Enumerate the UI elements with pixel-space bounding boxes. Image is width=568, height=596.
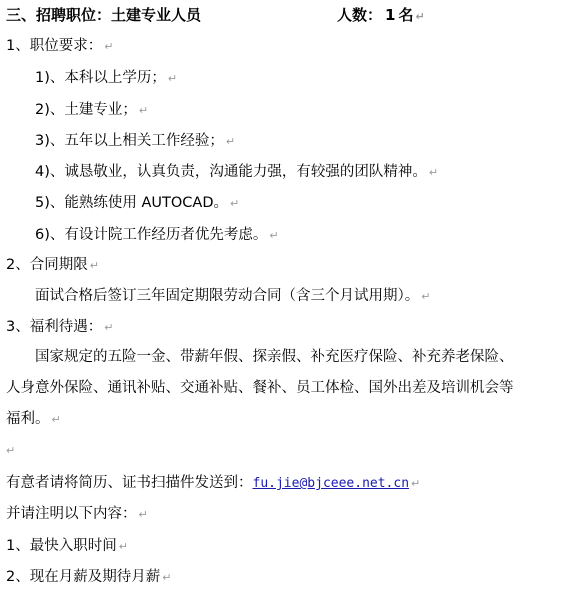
paragraph-mark-icon: ↵ xyxy=(162,571,171,584)
contact-item-text: 1、最快入职时间 xyxy=(6,538,117,554)
paragraph-mark-icon: ↵ xyxy=(104,321,113,334)
requirement-text: 1)、本科以上学历； xyxy=(35,70,166,86)
contract-text: 面试合格后签订三年固定期限劳动合同（含三个月试用期）。↵ xyxy=(35,286,430,307)
paragraph-mark-icon: ↵ xyxy=(139,104,148,117)
contact-line: 有意者请将简历、证书扫描件发送到：fu.jie@bjceee.net.cn↵ xyxy=(6,473,420,494)
requirement-item: 6)、有设计院工作经历者优先考虑。↵ xyxy=(35,225,279,246)
benefits-line: 人身意外保险、通讯补贴、交通补贴、餐补、员工体检、国外出差及培训机会等 xyxy=(6,378,514,398)
paragraph-mark-icon: ↵ xyxy=(226,135,235,148)
requirement-item: 5)、能熟练使用 AUTOCAD。↵ xyxy=(35,193,239,214)
paragraph-mark-icon: ↵ xyxy=(411,477,420,490)
job-title-line: 三、招聘职位：土建专业人员 人数：1名↵ xyxy=(6,5,201,25)
requirement-text: 2)、土建专业； xyxy=(35,102,137,118)
paragraph-mark-icon: ↵ xyxy=(52,413,61,426)
contact-item-text: 2、现在月薪及期待月薪 xyxy=(6,569,160,585)
requirement-item: 1)、本科以上学历；↵ xyxy=(35,68,177,89)
benefits-heading-text: 3、福利待遇： xyxy=(6,319,102,335)
headcount-label: 人数： xyxy=(337,6,382,24)
empty-paragraph: ↵ xyxy=(6,440,15,461)
headcount-value: 1 xyxy=(385,6,395,24)
paragraph-mark-icon: ↵ xyxy=(139,508,148,521)
contact-note-text: 并请注明以下内容： xyxy=(6,506,137,522)
paragraph-mark-icon: ↵ xyxy=(429,166,438,179)
benefits-heading: 3、福利待遇：↵ xyxy=(6,317,113,338)
paragraph-mark-icon: ↵ xyxy=(421,290,430,303)
contract-heading-text: 2、合同期限 xyxy=(6,257,88,273)
requirement-item: 4)、诚恳敬业，认真负责，沟通能力强，有较强的团队精神。↵ xyxy=(35,162,438,183)
contact-item: 1、最快入职时间↵ xyxy=(6,536,128,557)
benefits-text: 人身意外保险、通讯补贴、交通补贴、餐补、员工体检、国外出差及培训机会等 xyxy=(6,380,514,396)
paragraph-mark-icon: ↵ xyxy=(230,197,239,210)
paragraph-mark-icon: ↵ xyxy=(90,259,99,272)
paragraph-mark-icon: ↵ xyxy=(269,229,278,242)
requirements-heading-text: 1、职位要求： xyxy=(6,38,102,54)
requirements-heading: 1、职位要求：↵ xyxy=(6,36,113,57)
headcount-unit: 名 xyxy=(398,6,413,24)
requirement-text: 5)、能熟练使用 AUTOCAD。 xyxy=(35,195,228,211)
paragraph-mark-icon: ↵ xyxy=(104,40,113,53)
benefits-line: 福利。↵ xyxy=(6,409,61,430)
headcount: 人数：1名↵ xyxy=(337,5,425,27)
paragraph-mark-icon: ↵ xyxy=(168,72,177,85)
paragraph-mark-icon: ↵ xyxy=(119,540,128,553)
benefits-text: 福利。 xyxy=(6,411,50,427)
requirement-text: 3)、五年以上相关工作经验； xyxy=(35,133,224,149)
benefits-line: 国家规定的五险一金、带薪年假、探亲假、补充医疗保险、补充养老保险、 xyxy=(35,347,514,367)
contact-note: 并请注明以下内容：↵ xyxy=(6,504,148,525)
benefits-text: 国家规定的五险一金、带薪年假、探亲假、补充医疗保险、补充养老保险、 xyxy=(35,349,514,365)
requirement-item: 3)、五年以上相关工作经验；↵ xyxy=(35,131,235,152)
requirement-text: 6)、有设计院工作经历者优先考虑。 xyxy=(35,227,267,243)
job-title: 三、招聘职位：土建专业人员 xyxy=(6,6,201,24)
contract-body: 面试合格后签订三年固定期限劳动合同（含三个月试用期）。 xyxy=(35,288,419,304)
contact-intro: 有意者请将简历、证书扫描件发送到： xyxy=(6,475,253,491)
paragraph-mark-icon: ↵ xyxy=(415,10,424,23)
paragraph-mark-icon: ↵ xyxy=(6,444,15,457)
requirement-item: 2)、土建专业；↵ xyxy=(35,100,148,121)
requirement-text: 4)、诚恳敬业，认真负责，沟通能力强，有较强的团队精神。 xyxy=(35,164,427,180)
contact-item: 2、现在月薪及期待月薪↵ xyxy=(6,567,171,588)
contract-heading: 2、合同期限↵ xyxy=(6,255,99,276)
email-link[interactable]: fu.jie@bjceee.net.cn xyxy=(253,476,410,491)
